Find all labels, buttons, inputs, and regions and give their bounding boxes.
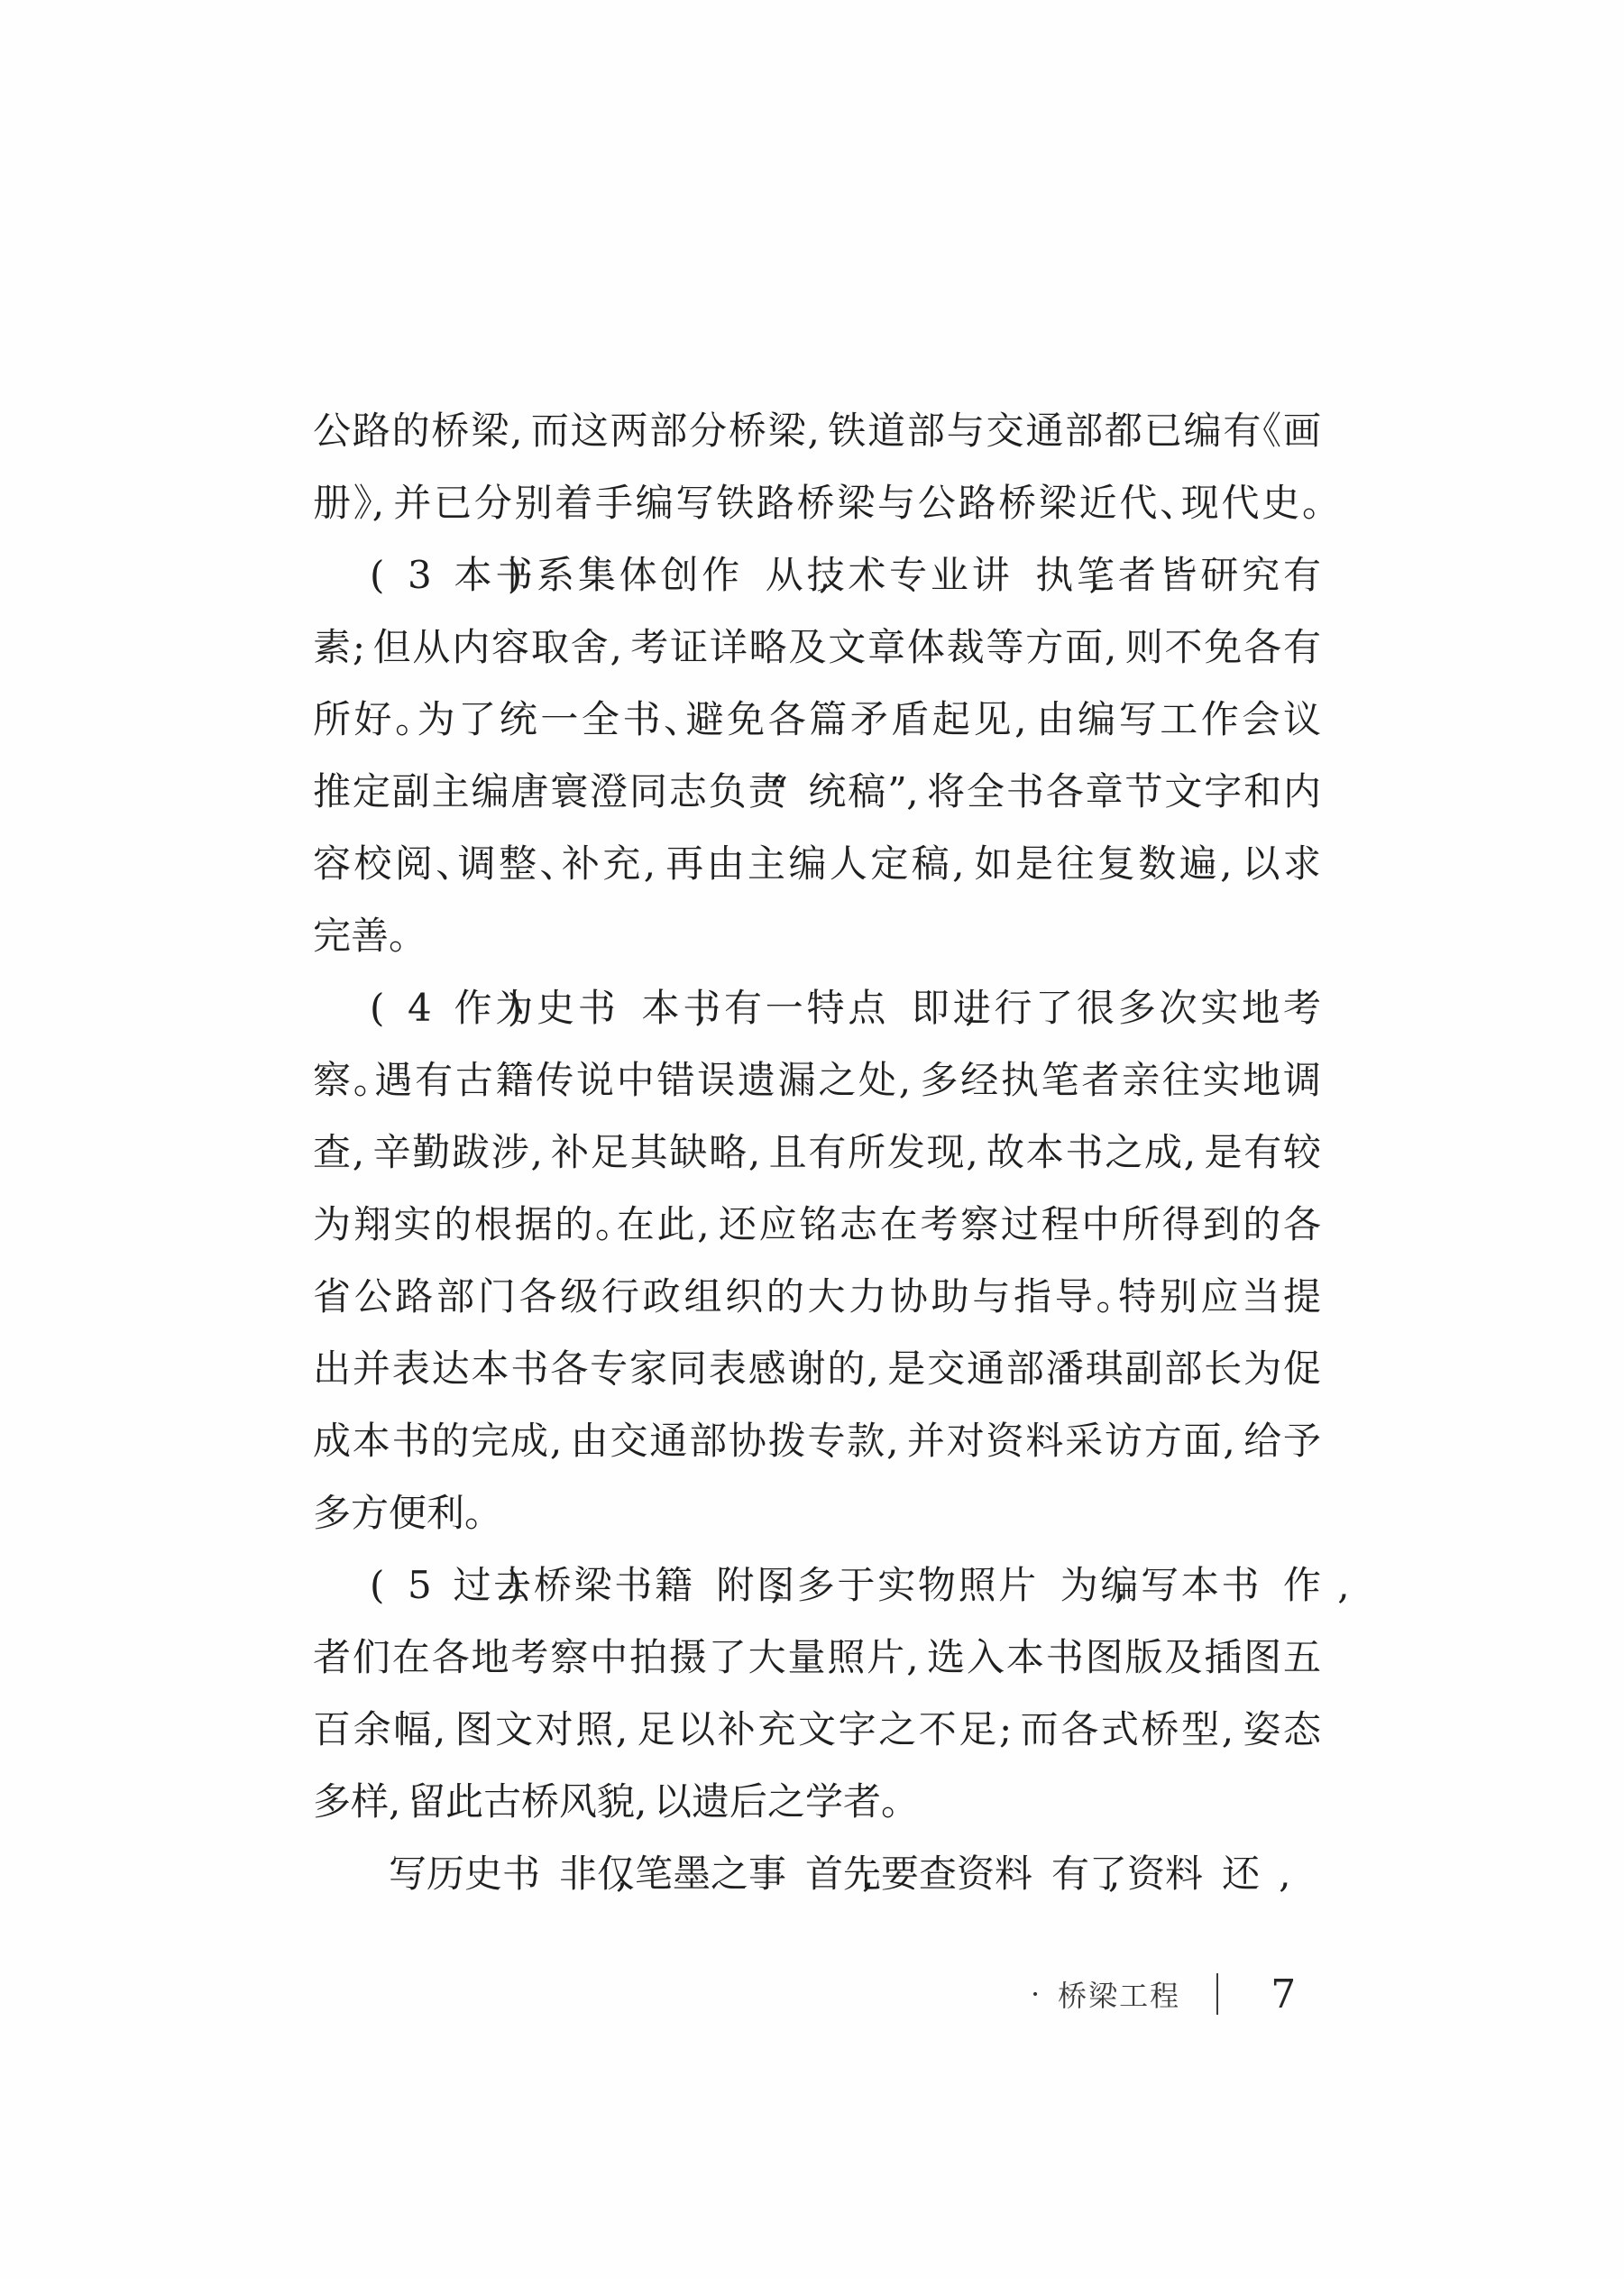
text-line: 多方便利。: [313, 1477, 1321, 1549]
text-line: 推定副主编唐寰澄同志负责“统稿”,将全书各章节文字和内: [313, 756, 1321, 828]
text-line: 素;但从内容取舍,考证详略及文章体裁等方面,则不免各有: [313, 611, 1321, 684]
text-line: 多样,留此古桥风貌,以遗后之学者。: [313, 1766, 1321, 1838]
text-line: (5)过去桥梁书籍,附图多于实物照片,为编写本书,作: [313, 1549, 1321, 1622]
text-line: 察。遇有古籍传说中错误遗漏之处,多经执笔者亲往实地调: [313, 1044, 1321, 1117]
text-line: 百余幅,图文对照,足以补充文字之不足;而各式桥型,姿态: [313, 1694, 1321, 1766]
page-number: 7: [1271, 1971, 1296, 2017]
book-page: 公路的桥梁,而这两部分桥梁,铁道部与交通部都已编有《画 册》,并已分别着手编写铁…: [0, 0, 1624, 2279]
text-line: 查,辛勤跋涉,补足其缺略,且有所发现,故本书之成,是有较: [313, 1117, 1321, 1189]
text-line: 省公路部门各级行政组织的大力协助与指导。特别应当提: [313, 1261, 1321, 1333]
text-line: (3)本书系集体创作,从技术专业讲,执笔者皆研究有: [313, 539, 1321, 611]
page-footer: · 桥梁工程 7: [1031, 1971, 1296, 2017]
text-line: (4)作为史书,本书有一特点,即进行了很多次实地考: [313, 972, 1321, 1044]
footer-divider: [1216, 1973, 1218, 2015]
text-line: 者们在各地考察中拍摄了大量照片,选入本书图版及插图五: [313, 1622, 1321, 1694]
text-line: 为翔实的根据的。在此,还应铭志在考察过程中所得到的各: [313, 1189, 1321, 1261]
text-line: 完善。: [313, 900, 1321, 972]
text-line: 成本书的完成,由交通部协拨专款,并对资料采访方面,给予: [313, 1405, 1321, 1477]
text-line: 公路的桥梁,而这两部分桥梁,铁道部与交通部都已编有《画: [313, 395, 1321, 467]
running-title: 桥梁工程: [1058, 1973, 1180, 2015]
text-line: 所好。为了统一全书、避免各篇矛盾起见,由编写工作会议: [313, 684, 1321, 756]
text-line: 出并表达本书各专家同表感谢的,是交通部潘琪副部长为促: [313, 1333, 1321, 1405]
text-line: 写历史书,非仅笔墨之事,首先要查资料,有了资料,还: [313, 1838, 1321, 1910]
footer-bullet-icon: ·: [1031, 1977, 1040, 2011]
text-line: 容校阅、调整、补充,再由主编人定稿,如是往复数遍,以求: [313, 828, 1321, 900]
body-text: 公路的桥梁,而这两部分桥梁,铁道部与交通部都已编有《画 册》,并已分别着手编写铁…: [313, 395, 1321, 1910]
text-line: 册》,并已分别着手编写铁路桥梁与公路桥梁近代、现代史。: [313, 467, 1321, 539]
